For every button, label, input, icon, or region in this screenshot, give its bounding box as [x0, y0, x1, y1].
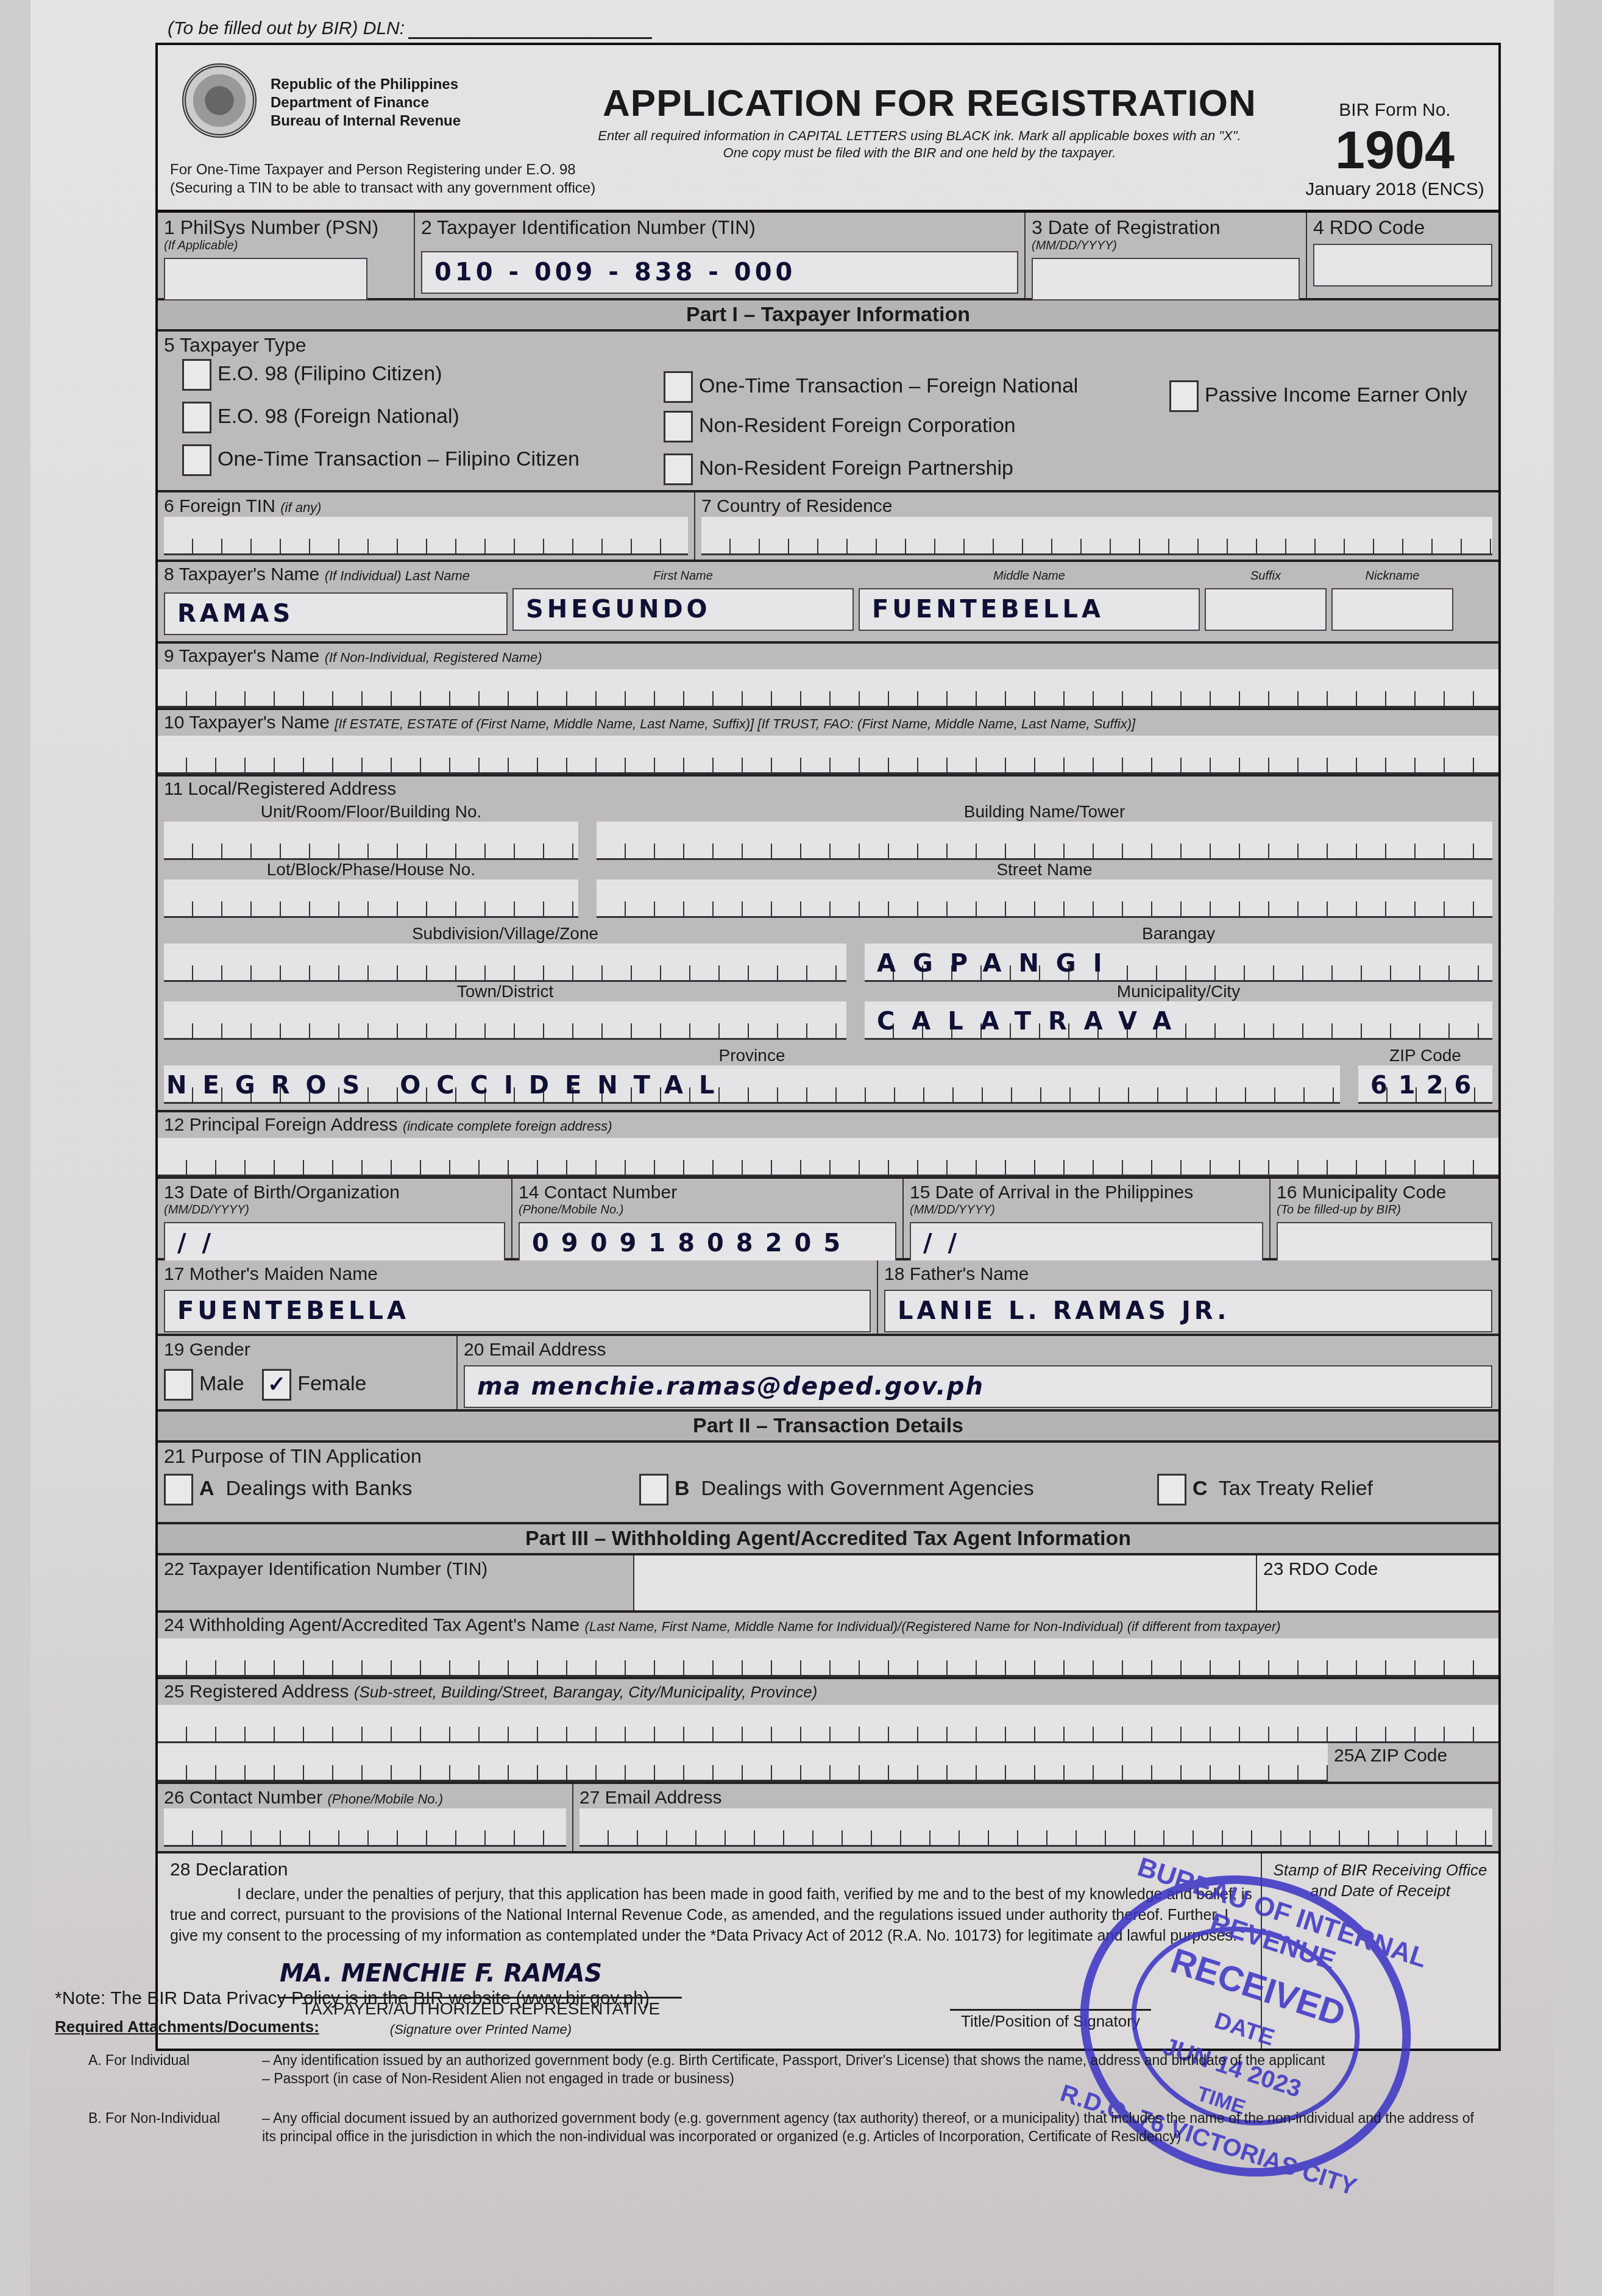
option-label: E.O. 98 (Foreign National)	[218, 405, 459, 428]
building-label: Building Name/Tower	[597, 802, 1492, 822]
dln-label: (To be filled out by BIR) DLN:	[168, 18, 405, 38]
birth-contact-row: 13 Date of Birth/Organization(MM/DD/YYYY…	[158, 1179, 1498, 1260]
subdivision-label: Subdivision/Village/Zone	[164, 924, 846, 944]
option-label: Tax Treaty Relief	[1219, 1477, 1373, 1500]
type-option-eo98-filipino[interactable]: E.O. 98 (Filipino Citizen)	[182, 359, 442, 391]
muni-code-input[interactable]	[1277, 1222, 1492, 1265]
option-label: Passive Income Earner Only	[1205, 383, 1467, 407]
father-cell: 18 Father's NameLANIE L. RAMAS JR.	[878, 1260, 1498, 1334]
contact-cell: 14 Contact Number(Phone/Mobile No.)09091…	[512, 1179, 904, 1258]
type-option-nr-partnership[interactable]: Non-Resident Foreign Partnership	[664, 453, 1013, 485]
rdo-cell: 4 RDO Code	[1307, 213, 1498, 298]
nickname-cell: Nickname	[1331, 588, 1453, 635]
first-name-input[interactable]: SHEGUNDO	[512, 588, 854, 631]
psn-label: 1 PhilSys Number (PSN)	[164, 216, 378, 238]
birth-input[interactable]: / /	[164, 1222, 505, 1265]
tin-cell: 2 Taxpayer Identification Number (TIN) 0…	[415, 213, 1026, 298]
arrival-value: / /	[911, 1229, 960, 1257]
checkbox[interactable]	[664, 371, 693, 403]
nonindividual-name-row: 9 Taxpayer's Name (If Non-Individual, Re…	[158, 644, 1498, 710]
contact-sub: (Phone/Mobile No.)	[519, 1203, 896, 1217]
building-input[interactable]	[597, 822, 1492, 860]
type-option-passive-income[interactable]: Passive Income Earner Only	[1169, 380, 1467, 412]
form-number-label: BIR Form No.	[1303, 100, 1486, 121]
barangay-value: AGPANGI	[865, 950, 1119, 978]
form-number-block: BIR Form No. 1904 January 2018 (ENCS)	[1303, 100, 1486, 200]
estate-name-input[interactable]	[158, 736, 1498, 774]
subdivision-input[interactable]	[164, 944, 846, 982]
part2-title: Part II – Transaction Details	[158, 1412, 1498, 1443]
part3-title: Part III – Withholding Agent/Accredited …	[158, 1524, 1498, 1555]
agency-block: Republic of the Philippines Department o…	[271, 76, 461, 130]
address-row: 11 Local/Registered Address Unit/Room/Fl…	[158, 777, 1498, 1112]
agent-email-cell: 27 Email Address	[573, 1784, 1498, 1851]
nickname-label: Nickname	[1331, 569, 1453, 583]
purpose-option-c[interactable]: C Tax Treaty Relief	[1157, 1474, 1492, 1505]
taxpayer-type-row: 5 Taxpayer Type E.O. 98 (Filipino Citize…	[158, 332, 1498, 492]
checkbox[interactable]	[182, 359, 211, 391]
option-label: Non-Resident Foreign Partnership	[699, 457, 1013, 480]
muni-code-label: 16 Municipality Code	[1277, 1182, 1446, 1203]
option-letter: C	[1193, 1477, 1208, 1500]
birth-cell: 13 Date of Birth/Organization(MM/DD/YYYY…	[158, 1179, 512, 1258]
gender-cell: 19 Gender Male ✓Female	[158, 1336, 458, 1409]
agent-address-input-1[interactable]	[158, 1705, 1498, 1743]
agent-contact-label: 26 Contact Number	[164, 1788, 322, 1808]
agent-name-sub: (Last Name, First Name, Middle Name for …	[585, 1619, 1281, 1634]
first-name-cell: First NameSHEGUNDO	[512, 588, 854, 635]
agent-name-row: 24 Withholding Agent/Accredited Tax Agen…	[158, 1613, 1498, 1679]
middle-name-cell: Middle NameFUENTEBELLA	[859, 588, 1200, 635]
attachments-individual-label: A. For Individual	[88, 2051, 190, 2069]
nickname-input[interactable]	[1331, 588, 1453, 631]
mother-cell: 17 Mother's Maiden NameFUENTEBELLA	[158, 1260, 878, 1334]
form-number: 1904	[1303, 121, 1486, 179]
arrival-label: 15 Date of Arrival in the Philippines	[910, 1182, 1193, 1203]
email-value: ma menchie.ramas@deped.gov.ph	[465, 1373, 984, 1401]
muni-code-sub: (To be filled-up by BIR)	[1277, 1203, 1492, 1217]
address-grid-2: Subdivision/Village/Zone BarangayAGPANGI…	[158, 924, 1498, 1046]
option-label: Dealings with Government Agencies	[701, 1477, 1033, 1500]
agent-address-heading: 25 Registered Address (Sub-street, Build…	[158, 1679, 1498, 1705]
psn-sub: (If Applicable)	[164, 239, 408, 253]
building-field: Building Name/Tower	[597, 802, 1492, 860]
foreign-tin-input[interactable]	[164, 517, 688, 555]
foreign-address-sub: (indicate complete foreign address)	[403, 1118, 612, 1134]
agent-contact-input[interactable]	[164, 1808, 566, 1847]
unit-field: Unit/Room/Floor/Building No.	[164, 802, 578, 860]
municipality-value: CALATRAVA	[865, 1008, 1188, 1036]
barangay-field: BarangayAGPANGI	[865, 924, 1492, 982]
male-label: Male	[199, 1372, 244, 1395]
registration-date-sub: (MM/DD/YYYY)	[1032, 239, 1300, 253]
bir-seal-icon	[182, 63, 257, 138]
arrival-cell: 15 Date of Arrival in the Philippines(MM…	[904, 1179, 1271, 1258]
municipality-field: Municipality/CityCALATRAVA	[865, 982, 1492, 1040]
estate-name-heading: 10 Taxpayer's Name [If ESTATE, ESTATE of…	[158, 710, 1498, 736]
contact-label: 14 Contact Number	[519, 1182, 677, 1203]
agent-address-line-2: 25A ZIP Code	[158, 1743, 1498, 1782]
foreign-tin-cell: 6 Foreign TIN (if any)	[158, 492, 695, 560]
muni-code-cell: 16 Municipality Code(To be filled-up by …	[1271, 1179, 1498, 1258]
psn-input[interactable]	[164, 258, 367, 300]
signatory-sub: (Signature over Printed Name)	[280, 2019, 682, 2040]
address-grid-3: ProvinceNEGROS OCCIDENTAL ZIP Code6126	[158, 1046, 1498, 1110]
tin-label: 2 Taxpayer Identification Number (TIN)	[421, 216, 756, 238]
birth-sub: (MM/DD/YYYY)	[164, 1203, 505, 1217]
nonindividual-name-label: 9 Taxpayer's Name	[164, 646, 319, 666]
nonindividual-name-sub: (If Non-Individual, Registered Name)	[325, 650, 542, 665]
dln-field: (To be filled out by BIR) DLN:	[168, 18, 652, 39]
type-option-onetime-filipino[interactable]: One-Time Transaction – Filipino Citizen	[182, 444, 579, 476]
last-name-label: (If Individual) Last Name	[325, 568, 470, 583]
nonindividual-name-heading: 9 Taxpayer's Name (If Non-Individual, Re…	[158, 644, 1498, 669]
street-field: Street Name	[597, 860, 1492, 918]
checkbox[interactable]	[1157, 1474, 1186, 1505]
email-cell: 20 Email Addressma menchie.ramas@deped.g…	[458, 1336, 1498, 1409]
part1-title: Part I – Taxpayer Information	[158, 300, 1498, 332]
gender-label: 19 Gender	[164, 1340, 450, 1360]
middle-name-label: Middle Name	[859, 569, 1200, 583]
checkbox[interactable]	[639, 1474, 668, 1505]
unit-input[interactable]	[164, 822, 578, 860]
foreign-address-heading: 12 Principal Foreign Address (indicate c…	[158, 1112, 1498, 1138]
estate-name-row: 10 Taxpayer's Name [If ESTATE, ESTATE of…	[158, 710, 1498, 777]
birth-value: / /	[165, 1229, 214, 1257]
agent-tin-input[interactable]	[634, 1555, 1257, 1610]
agent-contact-cell: 26 Contact Number (Phone/Mobile No.)	[158, 1784, 573, 1851]
foreign-tin-row: 6 Foreign TIN (if any) 7 Country of Resi…	[158, 492, 1498, 562]
arrival-input[interactable]: / /	[910, 1222, 1263, 1265]
birth-label: 13 Date of Birth/Organization	[164, 1182, 400, 1203]
agent-name-heading: 24 Withholding Agent/Accredited Tax Agen…	[158, 1613, 1498, 1638]
agent-rdo-label: 23 RDO Code	[1263, 1559, 1378, 1579]
first-name-label: First Name	[512, 569, 854, 583]
female-checkbox[interactable]: ✓	[262, 1369, 291, 1401]
rdo-label: 4 RDO Code	[1313, 216, 1425, 238]
zip-value: 6126	[1358, 1072, 1482, 1100]
agent-contact-sub: (Phone/Mobile No.)	[327, 1791, 443, 1807]
checkbox[interactable]	[164, 1474, 193, 1505]
eo98-line: For One-Time Taxpayer and Person Registe…	[170, 161, 595, 179]
zip-label: ZIP Code	[1358, 1046, 1492, 1065]
father-input[interactable]: LANIE L. RAMAS JR.	[884, 1290, 1492, 1332]
rdo-input[interactable]	[1313, 244, 1492, 286]
middle-name-input[interactable]: FUENTEBELLA	[859, 588, 1200, 631]
mother-input[interactable]: FUENTEBELLA	[164, 1290, 871, 1332]
barangay-label: Barangay	[865, 924, 1492, 944]
female-label: Female	[297, 1372, 366, 1395]
agent-rdo-cell: 23 RDO Code	[1257, 1555, 1498, 1610]
tin-value: 010 - 009 - 838 - 000	[422, 258, 796, 286]
option-label: Non-Resident Foreign Corporation	[699, 414, 1016, 437]
attachments-nonindividual-list: – Any official document issued by an aut…	[262, 2109, 1481, 2145]
option-label: Dealings with Banks	[225, 1477, 412, 1500]
subdivision-field: Subdivision/Village/Zone	[164, 924, 846, 982]
foreign-tin-label: 6 Foreign TIN	[164, 496, 275, 516]
father-value: LANIE L. RAMAS JR.	[885, 1297, 1230, 1325]
town-field: Town/District	[164, 982, 846, 1040]
barangay-input[interactable]: AGPANGI	[865, 944, 1492, 982]
agency-line: Department of Finance	[271, 94, 461, 112]
psn-value	[165, 265, 177, 293]
agent-tin-label: 22 Taxpayer Identification Number (TIN)	[158, 1555, 634, 1610]
first-name-value: SHEGUNDO	[514, 595, 711, 624]
parents-row: 17 Mother's Maiden NameFUENTEBELLA 18 Fa…	[158, 1260, 1498, 1336]
mother-label: 17 Mother's Maiden Name	[164, 1264, 378, 1284]
arrival-sub: (MM/DD/YYYY)	[910, 1203, 1263, 1217]
purpose-label: 21 Purpose of TIN Application	[158, 1443, 1498, 1470]
name-boxes: RAMAS First NameSHEGUNDO Middle NameFUEN…	[158, 588, 1498, 635]
country-label: 7 Country of Residence	[701, 496, 893, 516]
taxpayer-type-label: 5 Taxpayer Type	[164, 334, 307, 357]
country-input[interactable]	[701, 517, 1492, 555]
agent-name-input[interactable]	[158, 1638, 1498, 1677]
municipality-input[interactable]: CALATRAVA	[865, 1001, 1492, 1040]
suffix-cell: Suffix	[1205, 588, 1327, 635]
gender-email-row: 19 Gender Male ✓Female 20 Email Addressm…	[158, 1336, 1498, 1412]
eo98-line: (Securing a TIN to be able to transact w…	[170, 179, 595, 197]
province-field: ProvinceNEGROS OCCIDENTAL	[164, 1046, 1340, 1104]
purpose-row: 21 Purpose of TIN Application A Dealings…	[158, 1443, 1498, 1524]
form-header: Republic of the Philippines Department o…	[158, 45, 1498, 213]
attachments-nonindividual-label: B. For Non-Individual	[88, 2109, 220, 2127]
gender-options: Male ✓Female	[164, 1369, 450, 1401]
attachment-text: Passport (in case of Non-Resident Alien …	[274, 2070, 734, 2086]
town-input[interactable]	[164, 1001, 846, 1040]
option-letter: A	[199, 1477, 214, 1500]
attachment-item: – Any identification issued by an author…	[262, 2051, 1481, 2069]
municipality-label: Municipality/City	[865, 982, 1492, 1001]
attachment-text: Any identification issued by an authoriz…	[273, 2052, 1325, 2068]
type-option-eo98-foreign[interactable]: E.O. 98 (Foreign National)	[182, 402, 459, 433]
contact-input[interactable]: 09091808205	[519, 1222, 896, 1265]
province-label: Province	[164, 1046, 1340, 1065]
province-value: NEGROS OCCIDENTAL	[164, 1072, 730, 1100]
attachment-item: – Any official document issued by an aut…	[262, 2109, 1481, 2145]
type-option-onetime-foreign[interactable]: One-Time Transaction – Foreign National	[664, 371, 1078, 403]
contact-value: 09091808205	[520, 1229, 852, 1257]
last-name-input[interactable]: RAMAS	[164, 592, 508, 635]
registration-date-value	[1033, 265, 1045, 293]
option-label: E.O. 98 (Filipino Citizen)	[218, 362, 442, 385]
individual-name-label: 8 Taxpayer's Name	[164, 564, 319, 585]
foreign-address-input[interactable]	[158, 1138, 1498, 1176]
attachment-text: Any official document issued by an autho…	[262, 2110, 1474, 2144]
foreign-tin-sub: (if any)	[280, 500, 321, 515]
middle-name-value: FUENTEBELLA	[860, 595, 1104, 624]
option-label: One-Time Transaction – Filipino Citizen	[218, 447, 579, 471]
eo98-note: For One-Time Taxpayer and Person Registe…	[170, 161, 595, 197]
country-cell: 7 Country of Residence	[695, 492, 1498, 560]
zip-input[interactable]: 6126	[1358, 1065, 1492, 1104]
agent-email-input[interactable]	[579, 1808, 1492, 1847]
checkbox[interactable]	[182, 402, 211, 433]
registration-date-cell: 3 Date of Registration (MM/DD/YYYY)	[1026, 213, 1307, 298]
signature[interactable]: MA. MENCHIE F. RAMAS	[280, 1963, 602, 1984]
attachments-title: Required Attachments/Documents:	[55, 2017, 319, 2036]
street-input[interactable]	[597, 880, 1492, 918]
individual-name-row: 8 Taxpayer's Name (If Individual) Last N…	[158, 562, 1498, 644]
town-label: Town/District	[164, 982, 846, 1001]
estate-name-sub: [If ESTATE, ESTATE of (First Name, Middl…	[335, 716, 1135, 731]
male-checkbox[interactable]	[164, 1369, 193, 1401]
dln-input[interactable]	[408, 21, 652, 39]
form-instructions: Enter all required information in CAPITA…	[584, 127, 1255, 162]
lot-field: Lot/Block/Phase/House No.	[164, 860, 578, 918]
province-input[interactable]: NEGROS OCCIDENTAL	[164, 1065, 1340, 1104]
zip-field: ZIP Code6126	[1358, 1046, 1492, 1104]
mother-value: FUENTEBELLA	[165, 1297, 409, 1325]
checkbox[interactable]	[182, 444, 211, 476]
checkbox[interactable]	[1169, 380, 1199, 412]
purpose-option-b[interactable]: B Dealings with Government Agencies	[639, 1474, 1157, 1505]
agent-address-label: 25 Registered Address	[164, 1682, 349, 1702]
agent-address-input-2[interactable]	[158, 1743, 1328, 1782]
attachment-item: – Passport (in case of Non-Resident Alie…	[262, 2069, 1481, 2088]
form-version: January 2018 (ENCS)	[1303, 179, 1486, 200]
agent-name-label: 24 Withholding Agent/Accredited Tax Agen…	[164, 1615, 579, 1635]
registration-date-input[interactable]	[1032, 258, 1300, 300]
email-input[interactable]: ma menchie.ramas@deped.gov.ph	[464, 1365, 1492, 1408]
registration-date-label: 3 Date of Registration	[1032, 216, 1221, 238]
type-option-nr-corporation[interactable]: Non-Resident Foreign Corporation	[664, 411, 1016, 442]
purpose-option-a[interactable]: A Dealings with Banks	[164, 1474, 639, 1505]
nonindividual-name-input[interactable]	[158, 669, 1498, 708]
agent-zip-label: 25A ZIP Code	[1328, 1743, 1498, 1782]
suffix-label: Suffix	[1205, 569, 1327, 583]
declaration-text: I declare, under the penalties of perjur…	[170, 1884, 1255, 1946]
foreign-address-row: 12 Principal Foreign Address (indicate c…	[158, 1112, 1498, 1179]
tin-input[interactable]: 010 - 009 - 838 - 000	[421, 251, 1018, 294]
suffix-input[interactable]	[1205, 588, 1327, 631]
agent-address-row: 25 Registered Address (Sub-street, Build…	[158, 1679, 1498, 1784]
lot-input[interactable]	[164, 880, 578, 918]
psn-cell: 1 PhilSys Number (PSN) (If Applicable)	[158, 213, 415, 298]
registration-row: 1 PhilSys Number (PSN) (If Applicable) 2…	[158, 213, 1498, 300]
foreign-address-label: 12 Principal Foreign Address	[164, 1115, 398, 1135]
estate-name-label: 10 Taxpayer's Name	[164, 713, 330, 733]
street-label: Street Name	[597, 860, 1492, 880]
lot-label: Lot/Block/Phase/House No.	[164, 860, 578, 880]
father-label: 18 Father's Name	[884, 1264, 1029, 1284]
option-letter: B	[675, 1477, 690, 1500]
checkbox[interactable]	[664, 411, 693, 442]
unit-label: Unit/Room/Floor/Building No.	[164, 802, 578, 822]
privacy-note: *Note: The BIR Data Privacy Policy is in…	[55, 1988, 650, 2009]
agent-address-sub: (Sub-street, Building/Street, Barangay, …	[354, 1683, 818, 1701]
bir-form-1904: Republic of the Philippines Department o…	[155, 43, 1501, 2051]
agent-email-label: 27 Email Address	[579, 1788, 721, 1808]
rdo-value	[1314, 251, 1327, 279]
agency-line: Republic of the Philippines	[271, 76, 461, 94]
checkbox[interactable]	[664, 453, 693, 485]
email-label: 20 Email Address	[464, 1340, 606, 1360]
attachments-individual-list: – Any identification issued by an author…	[262, 2051, 1481, 2088]
agent-contact-row: 26 Contact Number (Phone/Mobile No.) 27 …	[158, 1784, 1498, 1854]
form-title: APPLICATION FOR REGISTRATION	[603, 82, 1256, 125]
last-name-value: RAMAS	[165, 600, 294, 628]
address-grid: Unit/Room/Floor/Building No. Building Na…	[158, 802, 1498, 924]
purpose-options: A Dealings with Banks B Dealings with Go…	[158, 1470, 1498, 1509]
option-label: One-Time Transaction – Foreign National	[699, 374, 1078, 397]
agency-line: Bureau of Internal Revenue	[271, 112, 461, 130]
agent-tin-row: 22 Taxpayer Identification Number (TIN) …	[158, 1555, 1498, 1613]
address-label: 11 Local/Registered Address	[158, 777, 1498, 802]
